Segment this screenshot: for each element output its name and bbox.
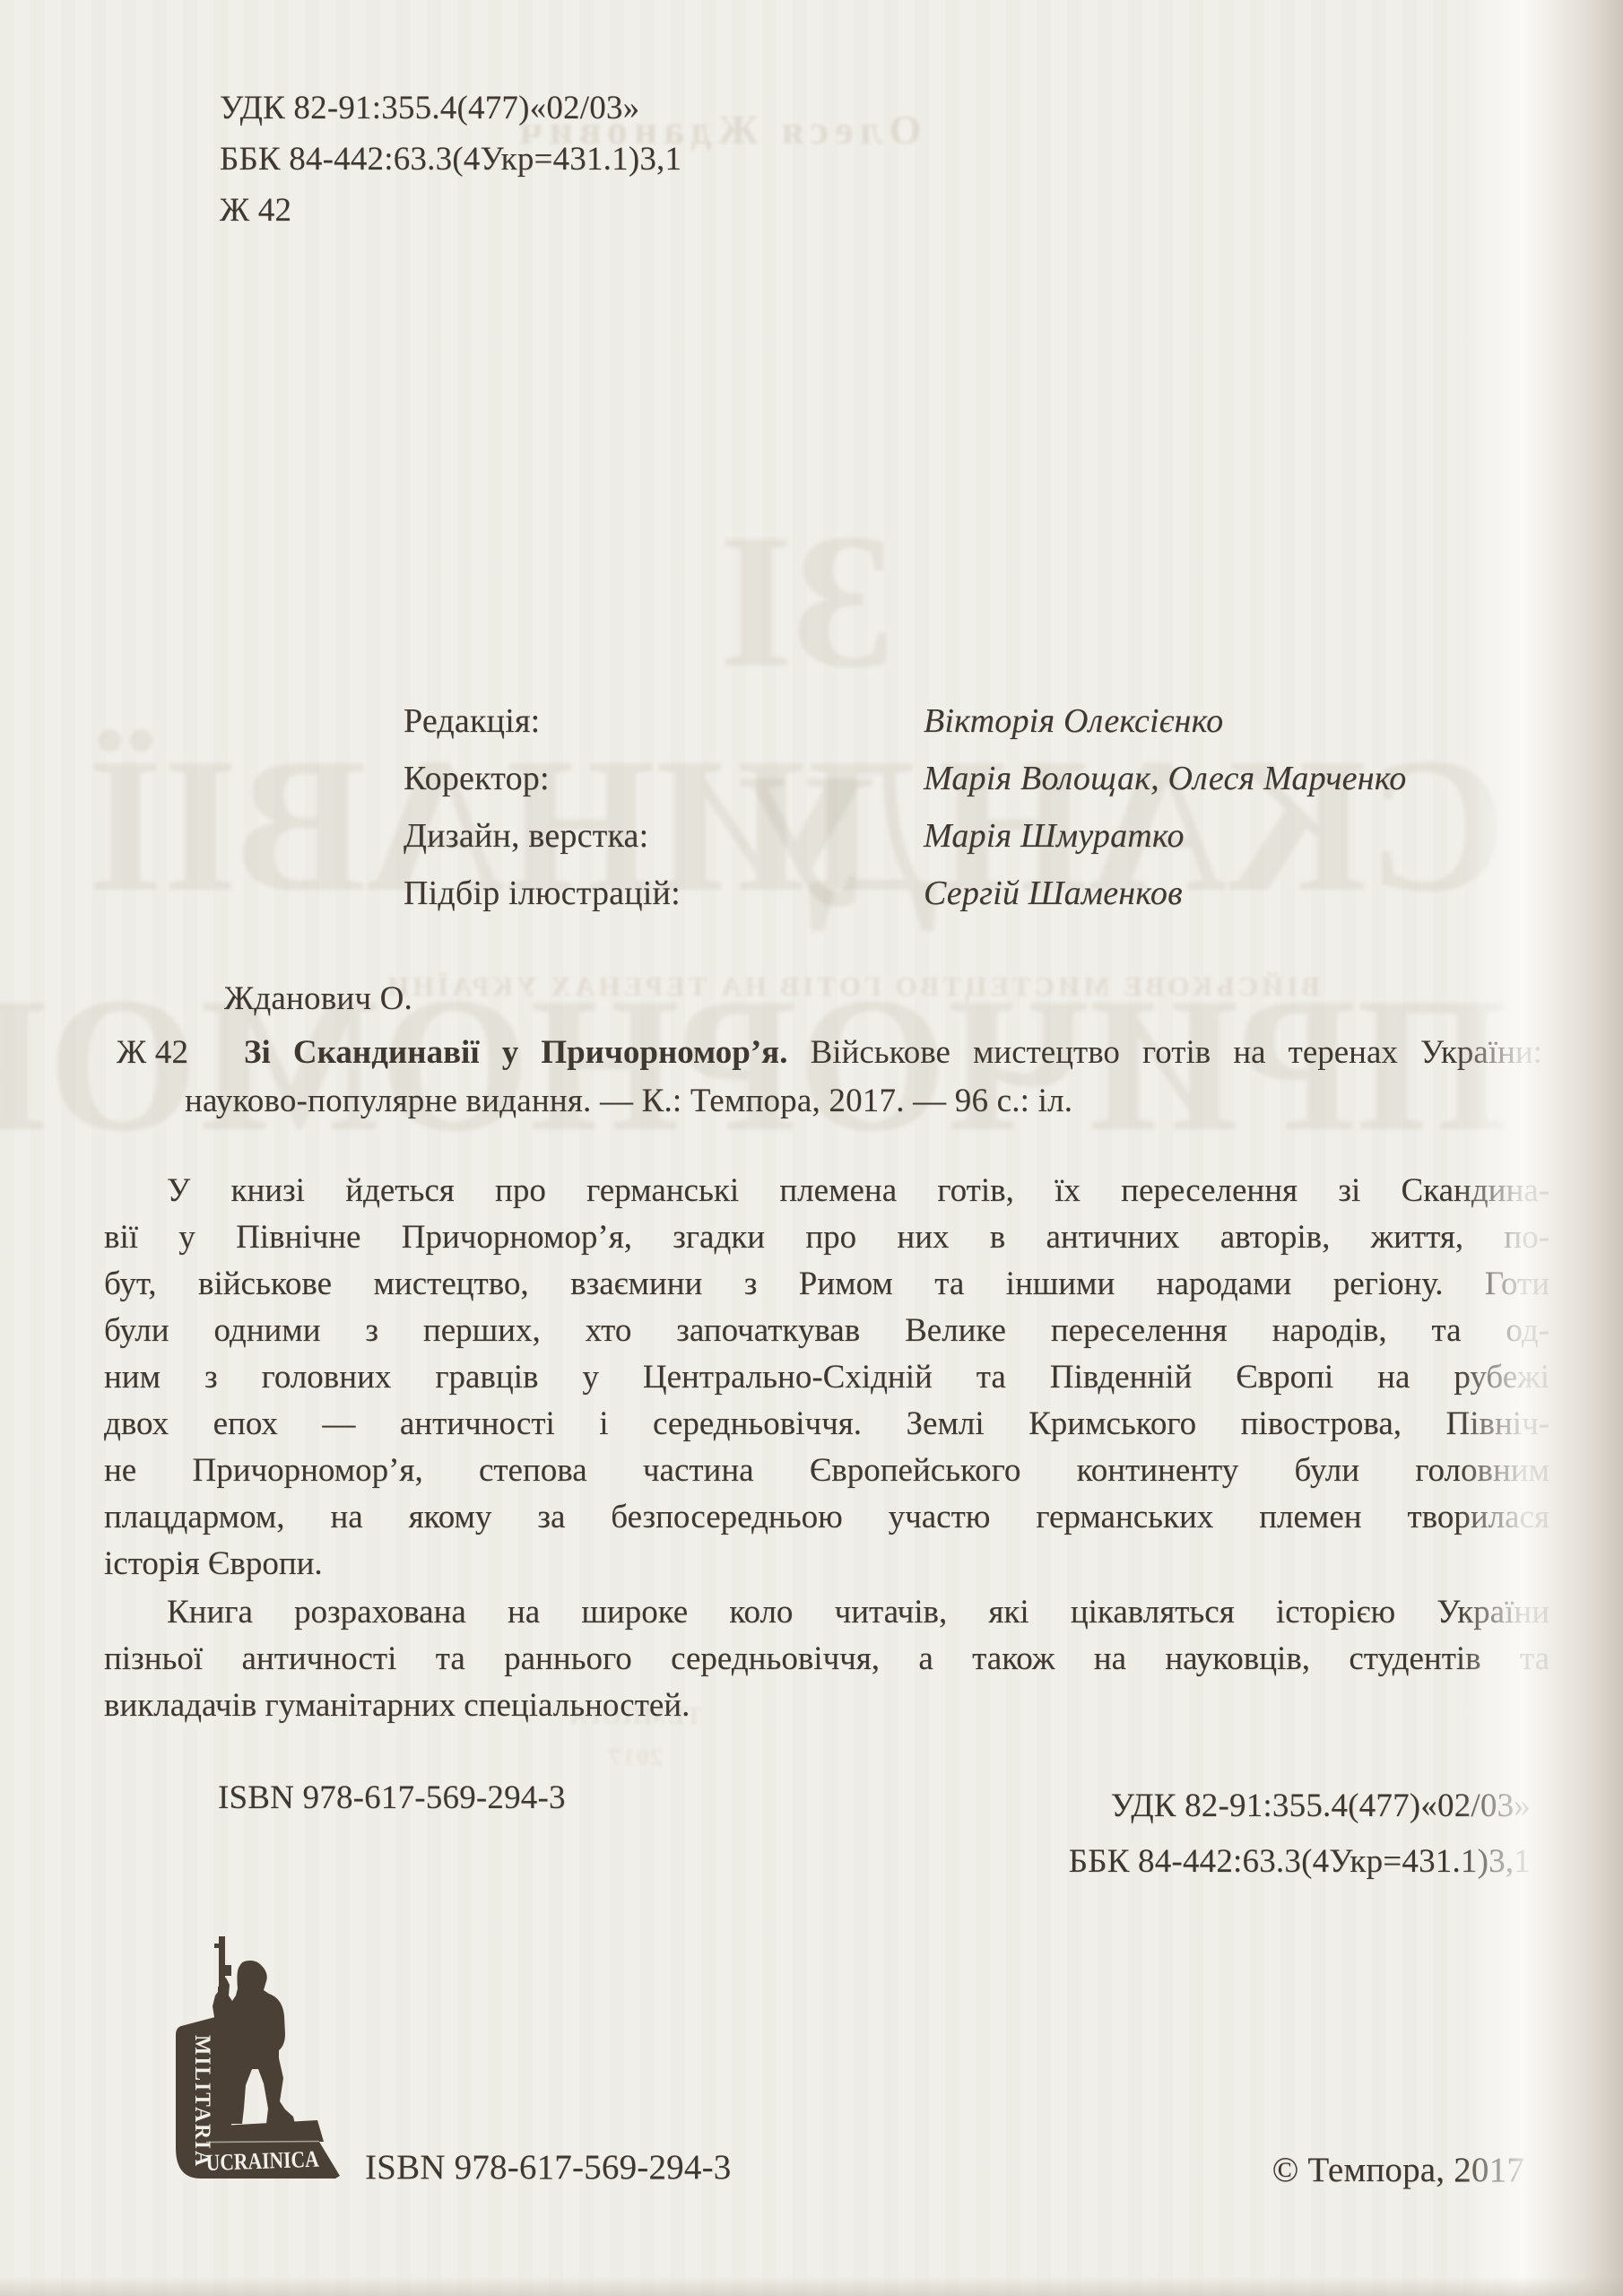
- text-line: пізньої античності та раннього середньов…: [104, 1636, 1549, 1683]
- udk-code: УДК 82-91:355.4(477)«02/03»: [220, 83, 681, 134]
- cataloging-index: Ж 42: [117, 1033, 188, 1072]
- udk-code: УДК 82-91:355.4(477)«02/03»: [807, 1779, 1531, 1834]
- credit-value: Марія Шмуратко: [924, 816, 1185, 856]
- annotation-paragraph-2: Книга розрахована на широке коло читачів…: [104, 1589, 1549, 1729]
- cataloging-title-line: Зі Скандинавії у Причорномор’я. Військов…: [244, 1033, 1542, 1072]
- credit-row: Редакція: Вікторія Олексієнко: [404, 701, 1533, 759]
- text-line: були одними з перших, хто започаткував В…: [104, 1308, 1549, 1354]
- credit-label: Дизайн, верстка:: [404, 817, 648, 855]
- isbn-number: ISBN 978-617-569-294-3: [218, 1779, 566, 1817]
- credit-value: Вікторія Олексієнко: [924, 701, 1223, 741]
- soldier-silhouette-icon: [213, 1961, 295, 2124]
- showthrough-year: 2017: [545, 1744, 725, 1771]
- credit-label: Підбір ілюстрацій:: [404, 874, 681, 912]
- logo-vertical-text: MILITARIA: [190, 2035, 214, 2168]
- book-imprint-page: Олеся Жданович ЗІ СКАНДИНАВІЇ У ПРИЧОРНО…: [0, 0, 1623, 2296]
- bbk-code: ББК 84-442:63.3(4Укр=431.1)3,1: [807, 1834, 1531, 1890]
- cataloging-imprint-line: науково-популярне видання. — К.: Темпора…: [185, 1082, 1072, 1120]
- cataloging-author: Жданович О.: [224, 979, 412, 1018]
- militaria-ucrainica-logo: MILITARIA UCRAINICA: [143, 1924, 341, 2193]
- text-line: У книзі йдеться про германські племена г…: [104, 1168, 1549, 1214]
- credit-label: Редакція:: [404, 702, 540, 740]
- author-index-code: Ж 42: [220, 185, 681, 236]
- page-edge-shadow-bottom: [0, 2276, 1623, 2296]
- text-line: бут, військове мистецтво, взаємини з Рим…: [104, 1261, 1549, 1308]
- text-line: плацдармом, на якому за безпосередньою у…: [104, 1494, 1549, 1541]
- imprint-codes: УДК 82-91:355.4(477)«02/03» ББК 84-442:6…: [807, 1779, 1531, 1890]
- text-line: двох епох — античності і середньовіччя. …: [104, 1401, 1549, 1448]
- credit-row: Коректор: Марія Волощак, Олеся Марченко: [404, 759, 1533, 816]
- footer-isbn: ISBN 978-617-569-294-3: [365, 2147, 731, 2187]
- credit-label: Коректор:: [404, 760, 550, 797]
- text-line: викладачів гуманітарних спеціальностей.: [104, 1683, 1549, 1729]
- text-line: не Причорномор’я, степова частина Європе…: [104, 1448, 1549, 1494]
- logo-horizontal-text: UCRAINICA: [205, 2146, 319, 2176]
- text-line: ним з головних гравців у Центрально-Схід…: [104, 1354, 1549, 1401]
- showthrough-subtitle: ВІЙСЬКОВЕ МИСТЕЦТВО ГОТІВ НА ТЕРЕНАХ УКР…: [287, 970, 1417, 1003]
- credit-row: Підбір ілюстрацій: Сергій Шаменков: [404, 874, 1533, 931]
- text-line: історія Європи.: [104, 1541, 1549, 1587]
- annotation-paragraph-1: У книзі йдеться про германські племена г…: [104, 1168, 1549, 1587]
- editorial-credits: Редакція: Вікторія Олексієнко Коректор: …: [404, 701, 1533, 931]
- page-edge-shadow-right: [1457, 0, 1623, 2296]
- bbk-code: ББК 84-442:63.3(4Укр=431.1)3,1: [220, 134, 681, 185]
- text-line: Книга розрахована на широке коло читачів…: [104, 1589, 1549, 1636]
- credit-row: Дизайн, верстка: Марія Шмуратко: [404, 816, 1533, 874]
- copyright-notice: © Темпора, 2017: [1166, 2150, 1524, 2190]
- credit-value: Марія Волощак, Олеся Марченко: [924, 759, 1407, 798]
- credit-value: Сергій Шаменков: [924, 874, 1183, 913]
- bibliographic-codes: УДК 82-91:355.4(477)«02/03» ББК 84-442:6…: [220, 83, 681, 236]
- book-title: Зі Скандинавії у Причорномор’я.: [244, 1034, 787, 1071]
- text-line: вії у Північне Причорномор’я, згадки про…: [104, 1214, 1549, 1261]
- book-subtitle: Військове мистецтво готів на теренах Укр…: [811, 1034, 1542, 1071]
